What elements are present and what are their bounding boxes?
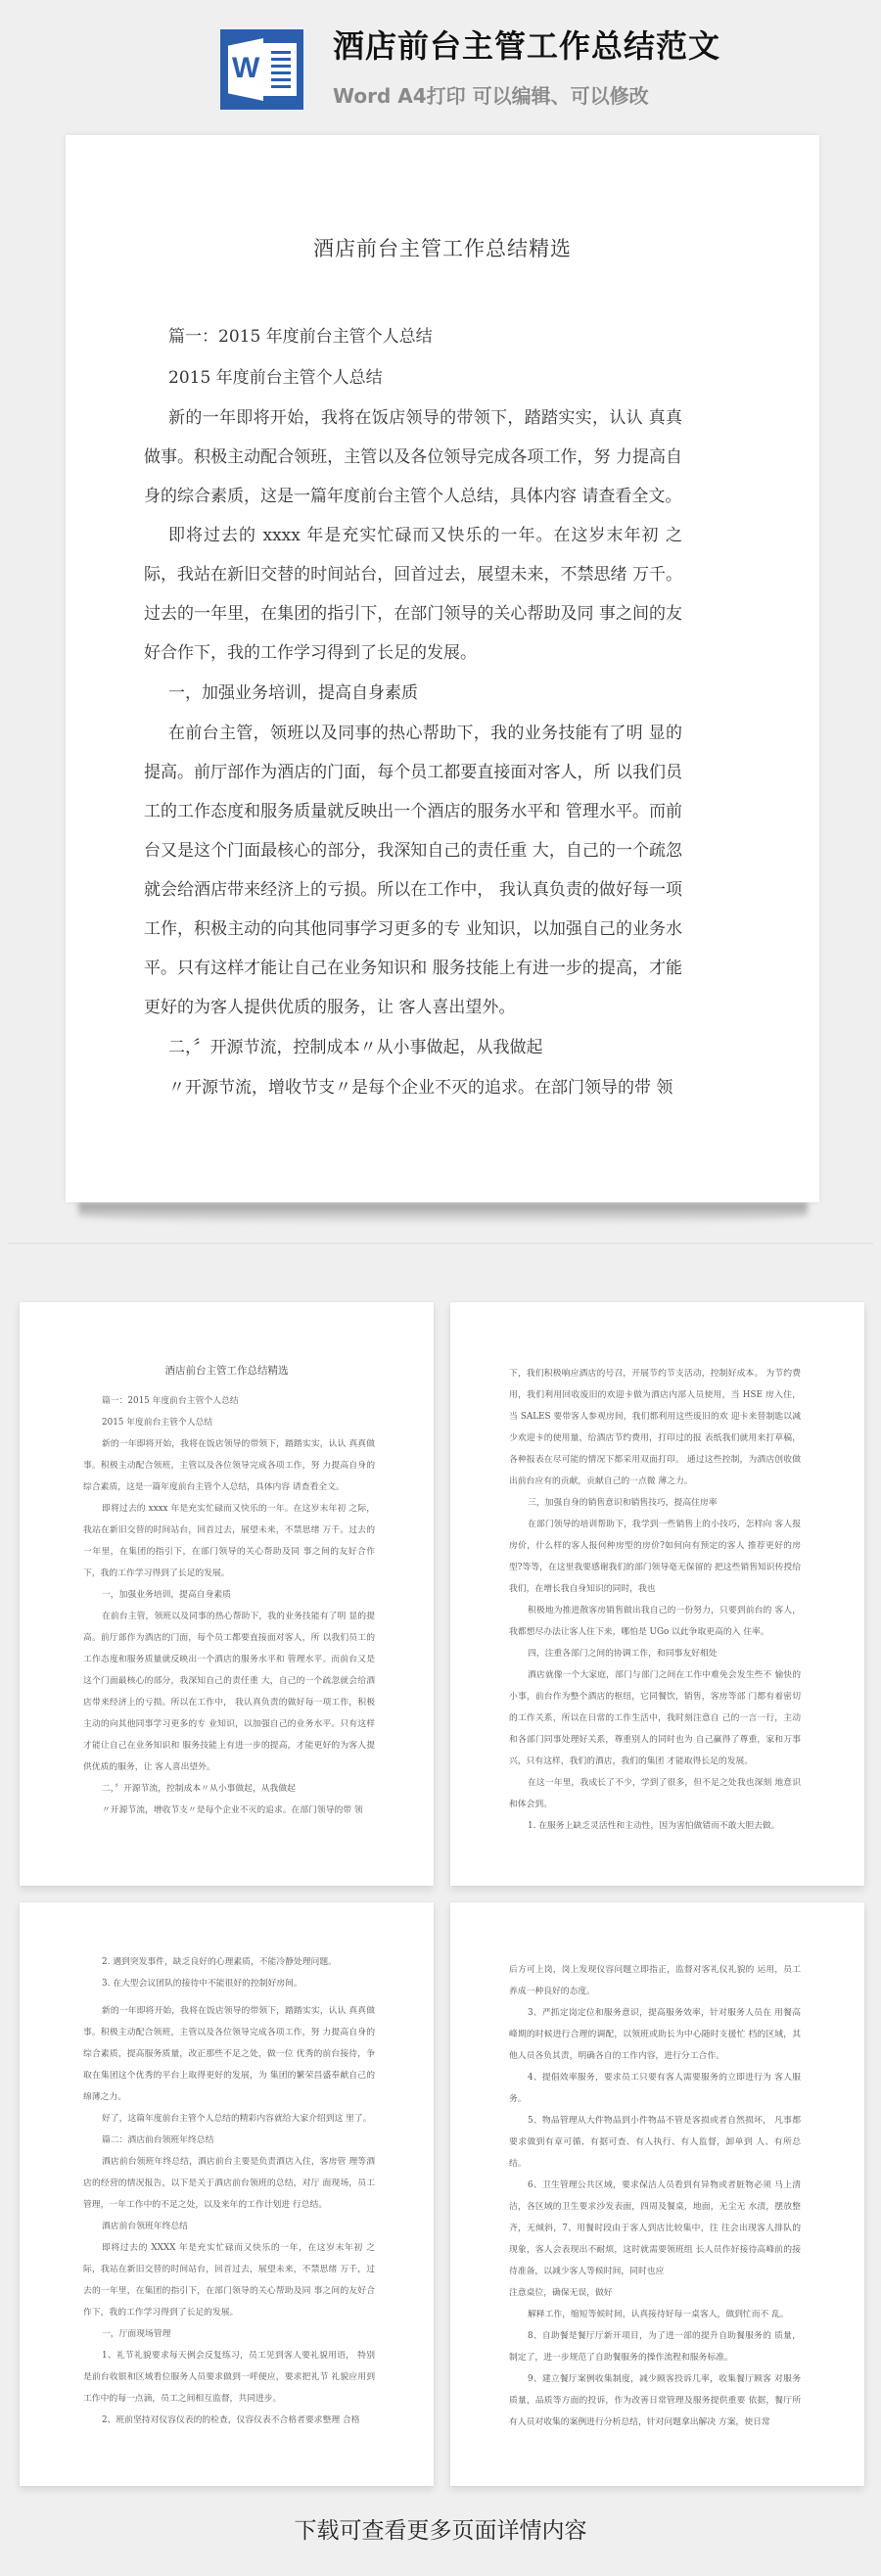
paragraph: 3. 在大型会议团队的接待中不能很好的控制好房间。 xyxy=(83,1973,375,1994)
paragraph: 3、严抓定岗定位和服务意识，提高服务效率，针对服务人员在 用餐高峰期的时候进行合… xyxy=(509,2002,801,2067)
main-document-page: 酒店前台主管工作总结精选 篇一：2015 年度前台主管个人总结 2015 年度前… xyxy=(66,135,819,1202)
paragraph: 酒店前台领班年终总结，酒店前台主要是负责酒店入住，客房管 理等酒店的经营的情况报… xyxy=(83,2151,375,2216)
thumbnail-body: 下，我们积极响应酒店的号召，开展节约节支活动，控制好成本。 为节约费用，我们利用… xyxy=(509,1363,801,1837)
paragraph: 新的一年即将开始，我将在饭店领导的带领下，踏踏实实，认认 真真做事。积极主动配合… xyxy=(83,1433,375,1498)
paragraph: 解释工作，缩短等候时间，认真接待好每一桌客人，做到忙而不 乱。 xyxy=(509,2304,801,2325)
page-shadow xyxy=(78,1202,808,1224)
paragraph: 6、卫生管理公共区域，要求保洁人员看到有异物或者脏物必须 马上清洁，各区域的卫生… xyxy=(509,2175,801,2282)
thumbnail-body: 2. 遇到突发事件，缺乏良好的心理素质，不能冷静处理问题。 3. 在大型会议团队… xyxy=(83,1951,375,2431)
thumbnail-page-1: 酒店前台主管工作总结精选 篇一：2015 年度前台主管个人总结 2015 年度前… xyxy=(20,1302,434,1886)
paragraph: 〃开源节流，增收节支〃是每个企业不灭的追求。在部门领导的带 领 xyxy=(83,1800,375,1821)
paragraph: 即将过去的 XXXX 年是充实忙碌而又快乐的一年，在这岁末年初 之际，我站在新旧… xyxy=(83,2237,375,2323)
paragraph: 一，厅面现场管理 xyxy=(83,2323,375,2345)
paragraph: 篇一：2015 年度前台主管个人总结 xyxy=(83,1390,375,1412)
word-document-icon: W xyxy=(220,29,303,110)
paragraph: 酒店前台领班年终总结 xyxy=(83,2216,375,2237)
thumbnail-body: 篇一：2015 年度前台主管个人总结 2015 年度前台主管个人总结 新的一年即… xyxy=(83,1390,375,1821)
paragraph: 在前台主管，领班以及同事的热心帮助下，我的业务技能有了明 显的提高。前厅部作为酒… xyxy=(144,714,682,1027)
paragraph: 新的一年即将开始，我将在饭店领导的带领下，踏踏实实，认认 真真做事。积极主动配合… xyxy=(144,398,682,516)
paragraph: 5、物品管理从大件物品到小件物品不管是客损或者自然损坏， 凡事都要求做到有章可循… xyxy=(509,2110,801,2175)
paragraph: 后方可上岗，岗上发现仪容问题立即指正，监督对客礼仪礼貌的 运用，员工养成一种良好… xyxy=(509,1959,801,2002)
paragraph: 2015 年度前台主管个人总结 xyxy=(83,1412,375,1433)
paragraph: 四，注重各部门之间的协调工作，和同事友好相处 xyxy=(509,1643,801,1664)
paragraph: 新的一年即将开始，我将在饭店领导的带领下，踏踏实实，认认 真真做事。积极主动配合… xyxy=(83,2000,375,2108)
paragraph: 好了，这篇年度前台主管个人总结的精彩内容就给大家介绍到这 里了。 xyxy=(83,2108,375,2130)
paragraph: 在这一年里，我成长了不少，学到了很多，但不足之处我也深刻 地意识和体会到。 xyxy=(509,1772,801,1815)
paragraph: 9、建立餐厅案例收集制度，减少顾客投诉几率，收集餐厅顾客 对服务质量，品质等方面… xyxy=(509,2368,801,2433)
thumbnail-page-3: 2. 遇到突发事件，缺乏良好的心理素质，不能冷静处理问题。 3. 在大型会议团队… xyxy=(20,1902,434,2486)
paragraph: 2. 遇到突发事件，缺乏良好的心理素质，不能冷静处理问题。 xyxy=(83,1951,375,1973)
paragraph: 下，我们积极响应酒店的号召，开展节约节支活动，控制好成本。 为节约费用，我们利用… xyxy=(509,1363,801,1492)
paragraph: 4、提倡效率服务，要求员工只要有客人需要服务的立即进行为 客人服务。 xyxy=(509,2067,801,2110)
header: W 酒店前台主管工作总结范文 Word A4打印 可以编辑、可以修改 xyxy=(0,0,881,127)
paragraph: 1、礼节礼貌要求每天例会反复练习，员工见到客人要礼貌用语， 特别是前台收银和区域… xyxy=(83,2345,375,2410)
paragraph: 酒店就像一个大家庭，部门与部门之间在工作中难免会发生些不 愉快的小事，前台作为整… xyxy=(509,1664,801,1772)
section-heading: 篇一：2015 年度前台主管个人总结 xyxy=(144,316,682,357)
paragraph: 8、自助餐是餐厅厅新开项目，为了进一部的提升自助餐服务的 质量，制定了，进一步规… xyxy=(509,2325,801,2368)
document-title: 酒店前台主管工作总结精选 xyxy=(66,233,819,262)
thumbnail-page-4: 后方可上岗，岗上发现仪容问题立即指正，监督对客礼仪礼貌的 运用，员工养成一种良好… xyxy=(450,1902,864,2486)
paragraph: 2、班前坚持对仪容仪表的的检查，仪容仪表不合格者要求整理 合格 xyxy=(83,2410,375,2431)
paragraph: 三，加强自身的销售意识和销售技巧，提高住房率 xyxy=(509,1492,801,1514)
paragraph: 一，加强业务培训，提高自身素质 xyxy=(83,1584,375,1606)
paragraph: 二，〞开源节流，控制成本〃从小事做起，从我做起 xyxy=(83,1778,375,1800)
word-letter: W xyxy=(232,51,259,86)
thumbnail-title: 酒店前台主管工作总结精选 xyxy=(20,1363,434,1378)
paragraph: 1. 在服务上缺乏灵活性和主动性，因为害怕做错而不敢大胆去做。 xyxy=(509,1815,801,1837)
thumbnail-body: 后方可上岗，岗上发现仪容问题立即指正，监督对客礼仪礼貌的 运用，员工养成一种良好… xyxy=(509,1959,801,2433)
download-more-pages-text: 下载可查看更多页面详情内容 xyxy=(0,2512,881,2545)
section-heading: 二，〞开源节流，控制成本〃从小事做起，从我做起 xyxy=(144,1027,682,1068)
document-body: 篇一：2015 年度前台主管个人总结 2015 年度前台主管个人总结 新的一年即… xyxy=(144,316,682,1107)
page-title: 酒店前台主管工作总结范文 xyxy=(333,22,720,67)
paragraph: 即将过去的 xxxx 年是充实忙碌而又快乐的一年。在这岁末年初 之际，我站在新旧… xyxy=(83,1498,375,1584)
paragraph: 篇二：酒店前台领班年终总结 xyxy=(83,2130,375,2151)
paragraph: 即将过去的 xxxx 年是充实忙碌而又快乐的一年。在这岁末年初 之际，我站在新旧… xyxy=(144,516,682,673)
paragraph: 注意桌位，确保无误，做好 xyxy=(509,2282,801,2304)
paragraph: 在部门领导的培训帮助下，我学到一些销售上的小技巧，怎样向 客人报房价，什么样的客… xyxy=(509,1514,801,1600)
section-subheading: 2015 年度前台主管个人总结 xyxy=(144,357,682,398)
page-subtitle: Word A4打印 可以编辑、可以修改 xyxy=(333,80,649,109)
paragraph: 〃开源节流，增收节支〃是每个企业不灭的追求。在部门领导的带 领 xyxy=(144,1068,682,1107)
paragraph: 在前台主管，领班以及同事的热心帮助下，我的业务技能有了明 显的提高。前厅部作为酒… xyxy=(83,1606,375,1778)
paragraph: 积极地为推进散客房销售做出我自己的一份努力，只要到前台的 客人，我都想尽办法让客… xyxy=(509,1600,801,1643)
section-divider xyxy=(8,1242,873,1244)
thumbnail-page-2: 下，我们积极响应酒店的号召，开展节约节支活动，控制好成本。 为节约费用，我们利用… xyxy=(450,1302,864,1886)
section-heading: 一，加强业务培训，提高自身素质 xyxy=(144,673,682,714)
